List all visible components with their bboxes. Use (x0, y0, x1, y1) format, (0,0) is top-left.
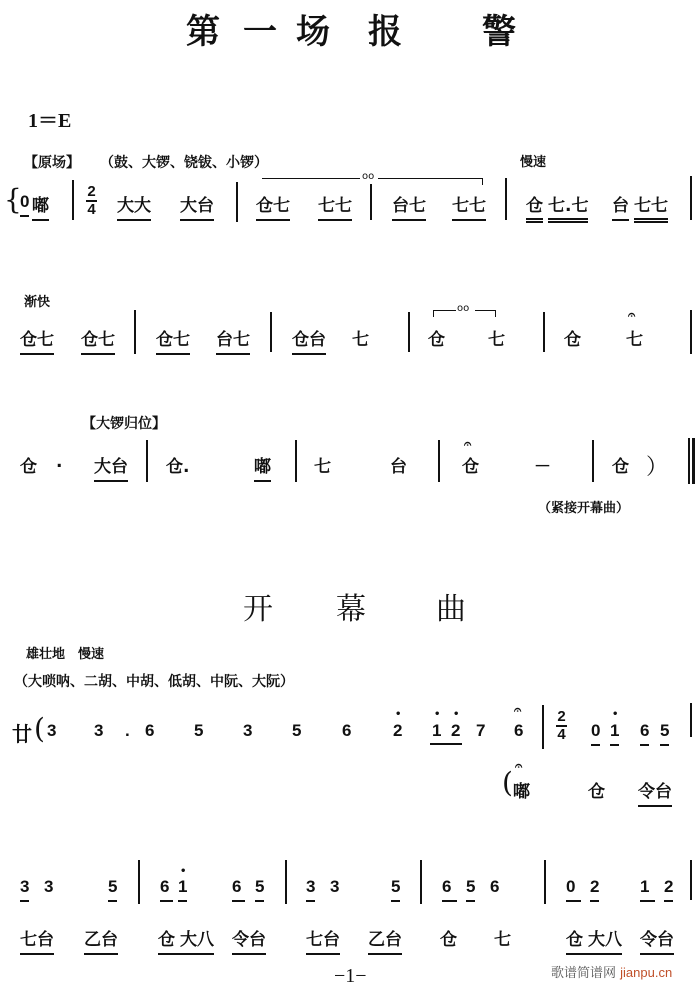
dash: － (534, 452, 551, 477)
section-label: 【原场】 (24, 152, 80, 172)
barline (408, 312, 410, 352)
note: 仓七 (20, 325, 54, 355)
instrument-list: （鼓、大锣、铙钹、小锣） (100, 152, 268, 172)
barline (72, 180, 74, 220)
key-signature: 1＝E (28, 104, 71, 133)
note: 6 (442, 877, 457, 902)
barline (138, 860, 140, 904)
fermata-icon: 𝄐 (514, 703, 521, 718)
note: 七 (626, 325, 643, 350)
fermata-icon: 𝄐 (515, 759, 522, 774)
note: 6 (490, 877, 499, 897)
note: 令台 (638, 777, 672, 807)
dot: . (56, 452, 62, 472)
note: 3 (330, 877, 339, 897)
note: 6 (160, 877, 173, 902)
note: 嘟 (32, 191, 49, 221)
note: 仓 (462, 452, 479, 477)
note: 5 (108, 877, 117, 902)
note: 6 (640, 721, 649, 746)
page-title-char-5: 警 (482, 4, 516, 53)
fermata-icon: 𝄐 (628, 308, 635, 323)
barline (543, 312, 545, 352)
barline (690, 176, 692, 220)
note: 5 (466, 877, 475, 902)
cue-label: 【大锣归位】 (82, 413, 166, 433)
barline (420, 860, 422, 904)
note: 乙台 (84, 925, 118, 955)
page-title-char-1: 第 (186, 4, 220, 53)
barline (146, 440, 148, 482)
note: 6 (514, 721, 523, 741)
ts-top: 2 (556, 710, 567, 724)
note: 仓 (612, 452, 629, 477)
note: 大台 (94, 452, 128, 482)
barline (690, 860, 692, 900)
barline (438, 440, 440, 482)
expression-marking: 雄壮地 慢速 (26, 643, 104, 662)
barline (544, 860, 546, 904)
note: 0 (591, 721, 600, 746)
note: 仓 (526, 191, 543, 223)
end-note: （紧接开幕曲） (538, 497, 629, 516)
section-title-char-3: 曲 (436, 584, 466, 628)
note: 七台 (306, 925, 340, 955)
octave-dot: • (180, 866, 186, 877)
note: 7 (476, 721, 485, 741)
note: 2 (393, 721, 402, 741)
time-signature: 2 4 (86, 185, 97, 217)
note: 6 (232, 877, 245, 902)
octave-dot: • (453, 709, 459, 720)
watermark: 歌谱简谱网 jianpu.cn (551, 962, 672, 981)
page-title-char-3: 场 (296, 4, 330, 53)
note: 1 (178, 877, 187, 902)
note: 仓台 (292, 325, 326, 355)
note: 3 (47, 721, 56, 741)
final-barline (688, 438, 695, 484)
tremolo-marks: oo (457, 303, 469, 314)
note: 七七 (452, 191, 486, 221)
note: 仓 (158, 925, 181, 955)
note: 3 (243, 721, 252, 741)
note: 台 (390, 452, 407, 477)
barline (285, 860, 287, 904)
note: 大大 (117, 191, 151, 221)
note: 5 (391, 877, 400, 902)
page-title-char-2: 一 (243, 4, 277, 53)
barline (236, 182, 238, 222)
slur-line (378, 178, 483, 185)
note: 七 (314, 452, 331, 477)
note: 嘟 (254, 452, 271, 482)
note: 3 (306, 877, 315, 902)
ts-bottom: 4 (86, 203, 97, 217)
barline (592, 440, 594, 482)
note: 七七 (634, 191, 668, 223)
note: 5 (194, 721, 203, 741)
octave-dot: • (612, 709, 618, 720)
ts-top: 2 (86, 185, 97, 199)
note: 6 (145, 721, 154, 741)
note: 2 (590, 877, 599, 902)
note: 仓七 (256, 191, 290, 221)
note: 仓 (428, 325, 445, 350)
note: 仓 (20, 452, 37, 477)
bracket-line (433, 310, 456, 317)
note: 仓七 (81, 325, 115, 355)
barline (134, 310, 136, 354)
tempo-marking: 渐快 (24, 291, 50, 310)
note: 仓 (566, 925, 589, 955)
note: 仓七 (156, 325, 190, 355)
note: 嘟 (513, 777, 530, 802)
close-paren: ） (646, 450, 668, 481)
note: 大八 (588, 925, 622, 955)
note: 仓 (588, 777, 605, 802)
note: 3 (44, 877, 53, 897)
note: 台七 (216, 325, 250, 355)
free-meter-sign: 廿 (12, 718, 32, 747)
tempo-marking: 慢速 (520, 151, 546, 170)
barline (270, 312, 272, 352)
section-title-char-1: 开 (243, 584, 273, 628)
open-paren: ( (34, 712, 45, 745)
dot: . (125, 721, 130, 741)
barline (690, 703, 692, 737)
underline-beam (430, 743, 462, 745)
octave-dot: • (434, 709, 440, 720)
tremolo-marks: oo (362, 171, 374, 182)
page-title-char-4: 报 (368, 4, 402, 53)
instrument-list: （大唢呐、二胡、中胡、低胡、中阮、大阮） (14, 671, 294, 691)
fermata-icon: 𝄐 (464, 437, 471, 452)
note: 七 (488, 325, 505, 350)
note: 大八 (180, 925, 214, 955)
note: 七台 (20, 925, 54, 955)
note: 1 (432, 721, 441, 741)
note: 1 (640, 877, 655, 902)
page-number: −1− (334, 965, 367, 987)
note: 仓 (564, 325, 581, 350)
note: 0 (20, 192, 29, 217)
note: 5 (292, 721, 301, 741)
note: 大台 (180, 191, 214, 221)
note: 5 (660, 721, 669, 746)
barline (542, 705, 544, 749)
note: 1 (610, 721, 619, 746)
ts-bottom: 4 (556, 728, 567, 742)
note: 3 (94, 721, 103, 741)
note: 2 (664, 877, 673, 902)
note: 七七 (318, 191, 352, 221)
barline (690, 310, 692, 354)
barline (370, 184, 372, 220)
note: 七 (494, 925, 511, 950)
octave-dot: • (395, 709, 401, 720)
open-paren: ( (502, 766, 513, 799)
note: 仓 (440, 925, 457, 950)
barline (505, 178, 507, 220)
section-title-char-2: 幕 (336, 584, 366, 628)
note: 七 (352, 325, 369, 350)
note: 乙台 (368, 925, 402, 955)
watermark-site: jianpu.cn (620, 965, 672, 980)
note: 令台 (232, 925, 266, 955)
bracket-line (475, 310, 496, 317)
note: 台 (612, 191, 629, 221)
slur-line (262, 178, 360, 179)
watermark-cn: 歌谱简谱网 (551, 966, 616, 981)
time-signature: 2 4 (556, 710, 567, 742)
note: 七.七 (548, 191, 588, 223)
note: 5 (255, 877, 264, 902)
barline (295, 440, 297, 482)
note: 2 (451, 721, 460, 741)
note: 仓. (166, 452, 189, 477)
note: 0 (566, 877, 581, 902)
note: 3 (20, 877, 29, 902)
note: 令台 (640, 925, 674, 955)
note: 6 (342, 721, 351, 741)
note: 台七 (392, 191, 426, 221)
